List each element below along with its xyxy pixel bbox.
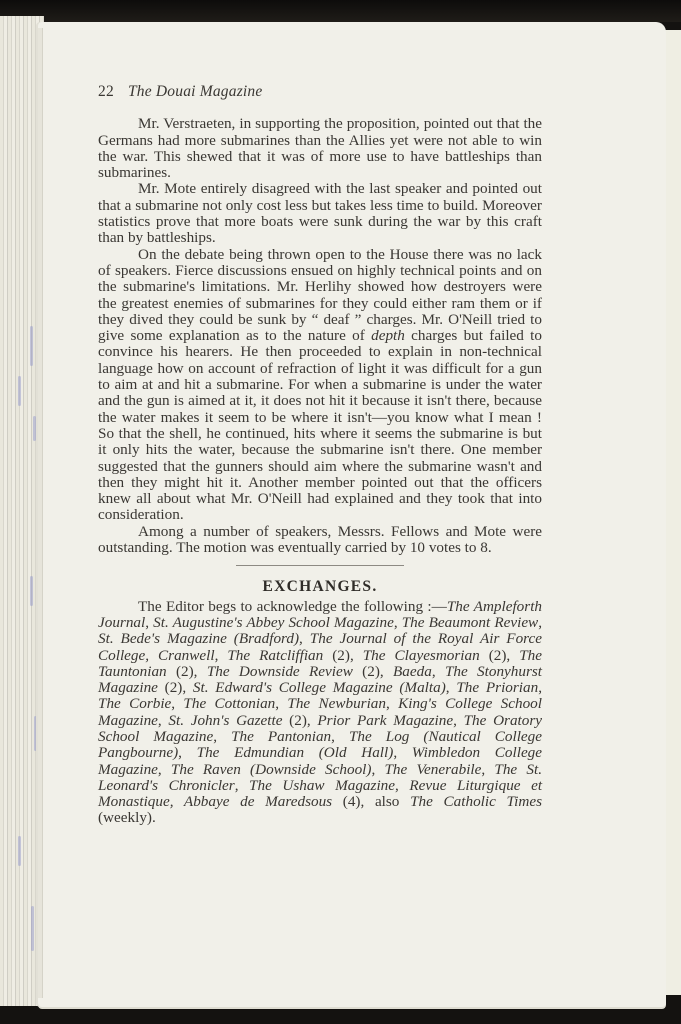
text-run: (2), [323, 647, 362, 664]
running-title: The Douai Magazine [128, 83, 262, 100]
publication-title: The Beaumont Review [402, 614, 538, 631]
text-run: , [171, 695, 183, 712]
text-run: (2), [282, 712, 317, 729]
text-run: , [432, 663, 445, 680]
text-run: , [538, 614, 542, 631]
publication-title: The Newburian [287, 695, 386, 712]
text-run: , [299, 630, 310, 647]
publication-title: The Pantonian [231, 728, 331, 745]
publication-title: St. John's Gazette [168, 712, 282, 729]
text-run: (2), [167, 663, 207, 680]
publication-title: Prior Park Magazine [317, 712, 453, 729]
publication-title: The Priorian [456, 679, 538, 696]
publication-title: The Catholic Times [410, 793, 542, 810]
publication-title: The Downside Review [207, 663, 353, 680]
text-run: , [386, 695, 398, 712]
publication-title: The Corbie [98, 695, 171, 712]
publication-title: The Ushaw Magazine [249, 777, 395, 794]
text-run: , [393, 744, 411, 761]
italic-text-run: depth [371, 327, 405, 344]
text-run: , [178, 744, 196, 761]
text-run: (weekly). [98, 809, 156, 826]
text-run: , [446, 679, 457, 696]
page-number: 22 [98, 83, 114, 100]
text-run: charges but failed to convince his heare… [98, 327, 542, 523]
text-run: , [395, 777, 409, 794]
text-run: , [453, 712, 464, 729]
text-run: , [331, 728, 349, 745]
text-run: (2), [158, 679, 193, 696]
debate-paragraph: On the debate being thrown open to the H… [98, 247, 542, 524]
text-run: , [158, 712, 169, 729]
exchanges-heading: EXCHANGES. [98, 579, 542, 595]
text-run: (2), [353, 663, 393, 680]
text-run: , [371, 761, 384, 778]
next-page-edge [664, 30, 681, 995]
text-run: , [215, 647, 228, 664]
text-run: , [275, 695, 287, 712]
text-run: , [235, 777, 249, 794]
text-run: , [538, 679, 542, 696]
publication-title: The Cottonian [183, 695, 275, 712]
debate-paragraph: Mr. Mote entirely disagreed with the las… [98, 181, 542, 246]
text-run: (4), also [332, 793, 410, 810]
publication-title: The Venerabile [384, 761, 481, 778]
publication-title: St. Bede's Magazine (Bradford) [98, 630, 299, 647]
text-run: , [481, 761, 494, 778]
publication-title: The Clayesmorian [363, 647, 480, 664]
exchanges-paragraph: The Editor begs to acknowledge the follo… [98, 599, 542, 827]
section-divider [236, 565, 404, 566]
publication-title: The Ratcliffian [227, 647, 323, 664]
text-run: (2), [480, 647, 519, 664]
publication-title: The Edmundian (Old Hall) [197, 744, 394, 761]
text-run: , [158, 761, 171, 778]
running-head: 22 The Douai Magazine [98, 84, 542, 100]
publication-title: St. Edward's College Magazine (Malta) [193, 679, 446, 696]
page-text: 22 The Douai Magazine Mr. Verstraeten, i… [98, 84, 542, 827]
text-run: , [145, 614, 153, 631]
debate-paragraph: Mr. Verstraeten, in supporting the propo… [98, 116, 542, 181]
page-gutter [38, 28, 43, 998]
debate-paragraph: Among a number of speakers, Messrs. Fell… [98, 524, 542, 557]
publication-title: St. Augustine's Abbey School Magazine [153, 614, 394, 631]
text-run: , [213, 728, 231, 745]
book-cover-top [0, 0, 681, 22]
exchanges-intro: The Editor begs to acknowledge the follo… [138, 598, 447, 615]
publication-title: The Raven (Downside School) [171, 761, 372, 778]
publication-title: Baeda [393, 663, 432, 680]
text-run: , [394, 614, 402, 631]
